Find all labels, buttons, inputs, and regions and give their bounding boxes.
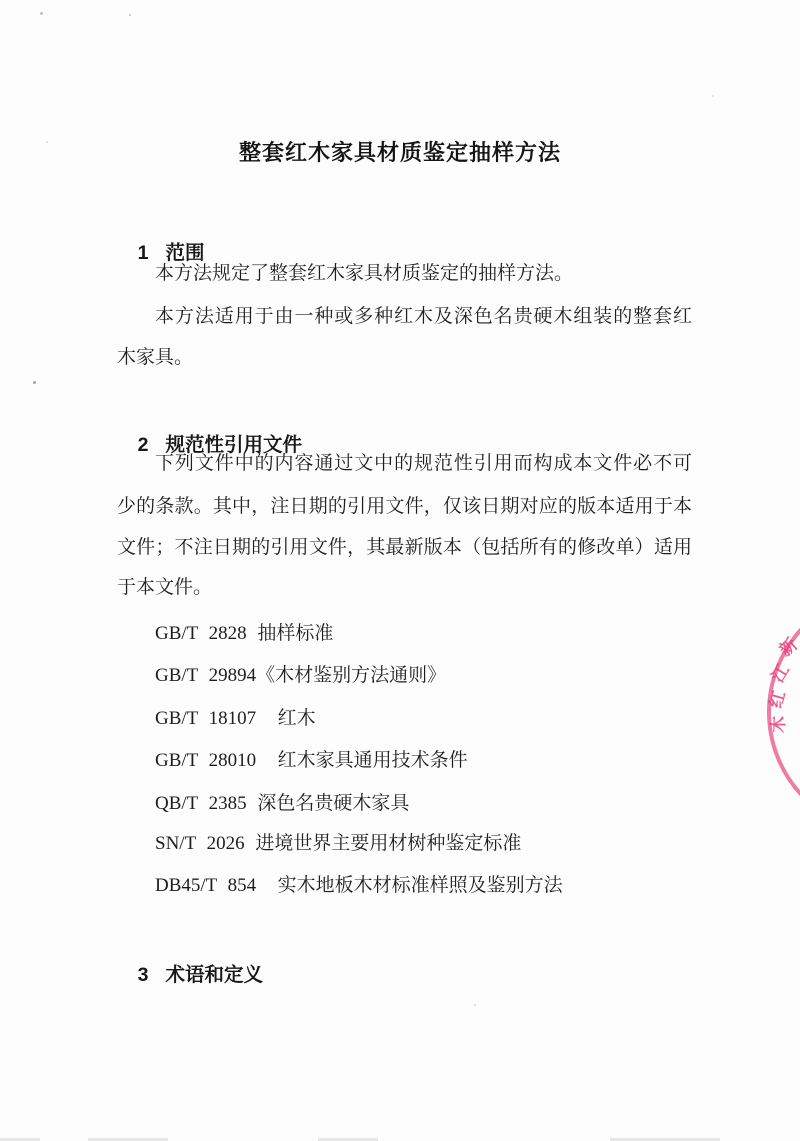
section-1-paragraph-line: 本方法规定了整套红木家具材质鉴定的抽样方法。 [155,261,573,287]
section-2-paragraph-line: 于本文件。 [117,575,212,601]
section-2-number: 2 [138,434,149,456]
section-2-paragraph-line: 文件；不注日期的引用文件，其最新版本（包括所有的修改单）适用 [117,535,692,561]
reference-item: QB/T 2385 深色名贵硬木家具 [155,791,409,817]
scan-speck [46,141,48,143]
scan-speck [474,1004,476,1006]
reference-item: DB45/T 854 实木地板木材标准样照及鉴别方法 [155,873,563,899]
reference-item: GB/T 28010 红木家具通用技术条件 [155,748,468,774]
section-2-paragraph-line: 下列文件中的内容通过文中的规范性引用而构成本文件必不可 [155,451,692,477]
reference-item: SN/T 2026 进境世界主要用材树种鉴定标准 [155,831,521,857]
reference-item: GB/T 29894《木材鉴别方法通则》 [155,663,446,689]
section-1-paragraph-line: 本方法适用于由一种或多种红木及深色名贵硬木组装的整套红 [155,304,692,330]
section-2-paragraph-line: 少的条款。其中，注日期的引用文件，仅该日期对应的版本适用于本 [117,494,692,520]
scan-speck [712,95,714,97]
scan-speck [40,12,43,15]
scan-speck [33,381,36,384]
section-3-number: 3 [138,964,149,986]
section-3-heading: 3术语和定义 [116,938,263,1013]
reference-item: GB/T 2828 抽样标准 [155,621,333,647]
scan-speck [129,14,131,16]
page-title: 整套红木家具材质鉴定抽样方法 [0,136,800,167]
section-3-heading-text: 术语和定义 [166,964,264,986]
section-1-paragraph-line: 木家具。 [117,345,193,371]
section-1-number: 1 [138,242,149,264]
red-seal-ring [767,588,800,836]
red-seal-character: 木 [770,716,788,734]
document-page: 整套红木家具材质鉴定抽样方法 1范围 本方法规定了整套红木家具材质鉴定的抽样方法… [0,0,800,1141]
reference-item: GB/T 18107 红木 [155,706,316,732]
